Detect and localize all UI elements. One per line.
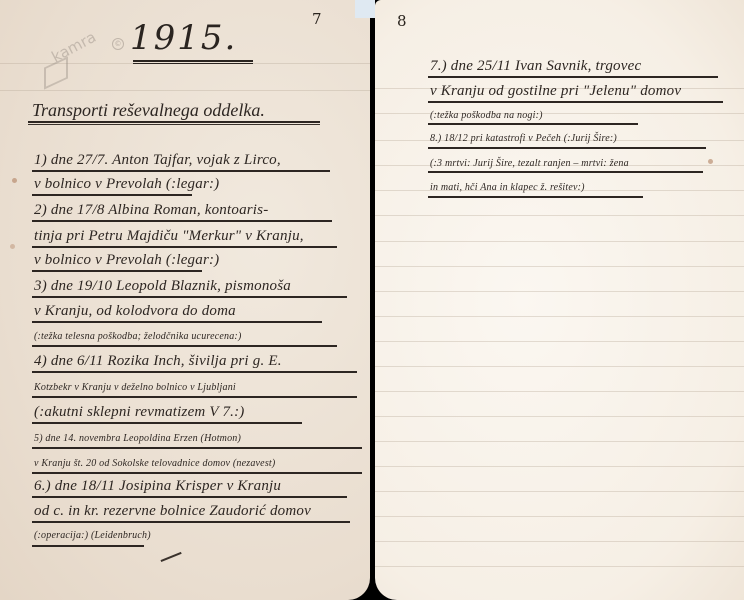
ruled-line	[375, 541, 744, 542]
ruled-line	[375, 341, 744, 342]
underline	[428, 171, 703, 173]
ruled-line	[375, 391, 744, 392]
ruled-line	[375, 516, 744, 517]
ruled-line	[375, 566, 744, 567]
entry-line: (:akutni sklepni revmatizem V 7.:)	[34, 404, 245, 421]
entry-line: v Kranju od gostilne pri "Jelenu" domov	[430, 83, 681, 100]
underline	[32, 545, 144, 547]
entry-line: v bolnico v Prevolah (:legar:)	[34, 252, 219, 269]
page-number: 7	[312, 10, 322, 28]
underline	[32, 194, 192, 196]
entry-line: Kotzbekr v Kranju v deželno bolnico v Lj…	[34, 382, 236, 393]
ruled-line	[375, 416, 744, 417]
ruled-line	[375, 491, 744, 492]
left-page: 7 © kamra 1915. Transporti reševalnega o…	[0, 0, 370, 600]
year-underline	[133, 60, 253, 62]
underline	[428, 196, 643, 198]
entry-line: in mati, hči Ana in klapec ž. rešitev:)	[430, 182, 585, 193]
entry-line: v Kranju, od kolodvora do doma	[34, 303, 236, 320]
underline	[428, 123, 638, 125]
entry-line: 7.) dne 25/11 Ivan Savnik, trgovec	[430, 58, 641, 75]
background-corner	[355, 0, 375, 18]
underline	[428, 101, 723, 103]
underline	[428, 76, 718, 78]
underline	[32, 472, 362, 474]
entry-line: 6.) dne 18/11 Josipina Krisper v Kranju	[34, 478, 281, 495]
section-heading: Transporti reševalnega oddelka.	[32, 100, 265, 121]
underline	[32, 321, 322, 323]
watermark-text: kamra	[49, 28, 99, 66]
entry-line: v Kranju št. 20 od Sokolske telovadnice …	[34, 458, 275, 469]
underline	[32, 396, 357, 398]
ruled-line	[375, 266, 744, 267]
entry-line: (:3 mrtvi: Jurij Šire, tezalt ranjen – m…	[430, 158, 629, 169]
entry-line: 4) dne 6/11 Rozika Inch, šivilja pri g. …	[34, 353, 282, 370]
underline	[428, 147, 706, 149]
entry-line: 5) dne 14. novembra Leopoldina Erzen (Ho…	[34, 433, 241, 444]
end-mark	[161, 552, 182, 562]
ruled-line	[375, 441, 744, 442]
watermark-logo-icon	[44, 56, 68, 89]
ruled-line	[375, 466, 744, 467]
underline	[32, 521, 350, 523]
underline	[32, 246, 337, 248]
year-underline	[133, 63, 253, 64]
underline	[32, 447, 362, 449]
heading-underline	[28, 124, 320, 125]
entry-line: tinja pri Petru Majdiču "Merkur" v Kranj…	[34, 228, 304, 245]
ruled-line	[375, 241, 744, 242]
ruled-line	[375, 291, 744, 292]
underline	[32, 345, 337, 347]
entry-line: 2) dne 17/8 Albina Roman, kontoaris-	[34, 202, 268, 219]
ruled-line	[375, 366, 744, 367]
page-number: 8	[397, 12, 407, 30]
entry-line: 8.) 18/12 pri katastrofi v Pečeh (:Jurij…	[430, 133, 617, 144]
year-title: 1915.	[130, 18, 237, 58]
underline	[32, 170, 330, 172]
ruled-line	[375, 316, 744, 317]
underline	[32, 270, 202, 272]
entry-line: (:težka telesna poškodba; želodčnika ucu…	[34, 331, 242, 342]
entry-line: od c. in kr. rezervne bolnice Zaudorić d…	[34, 503, 311, 520]
entry-line: (:težka poškodba na nogi:)	[430, 110, 543, 121]
ruled-line	[375, 215, 744, 216]
entry-line: v bolnico v Prevolah (:legar:)	[34, 176, 219, 193]
entry-line: (:operacija:) (Leidenbruch)	[34, 530, 151, 541]
entry-line: 3) dne 19/10 Leopold Blaznik, pismonoša	[34, 278, 291, 295]
underline	[32, 422, 302, 424]
stain	[10, 244, 15, 249]
underline	[32, 496, 347, 498]
stain	[708, 159, 713, 164]
ruled-line	[0, 90, 370, 91]
entry-line: 1) dne 27/7. Anton Tajfar, vojak z Lirco…	[34, 152, 281, 169]
underline	[32, 220, 332, 222]
underline	[32, 371, 357, 373]
copyright-icon: ©	[112, 38, 124, 50]
stain	[12, 178, 17, 183]
underline	[32, 296, 347, 298]
right-page: 8 7.) dne 25/11 Ivan Savnik, trgovec v K…	[375, 0, 744, 600]
heading-underline	[28, 121, 320, 123]
